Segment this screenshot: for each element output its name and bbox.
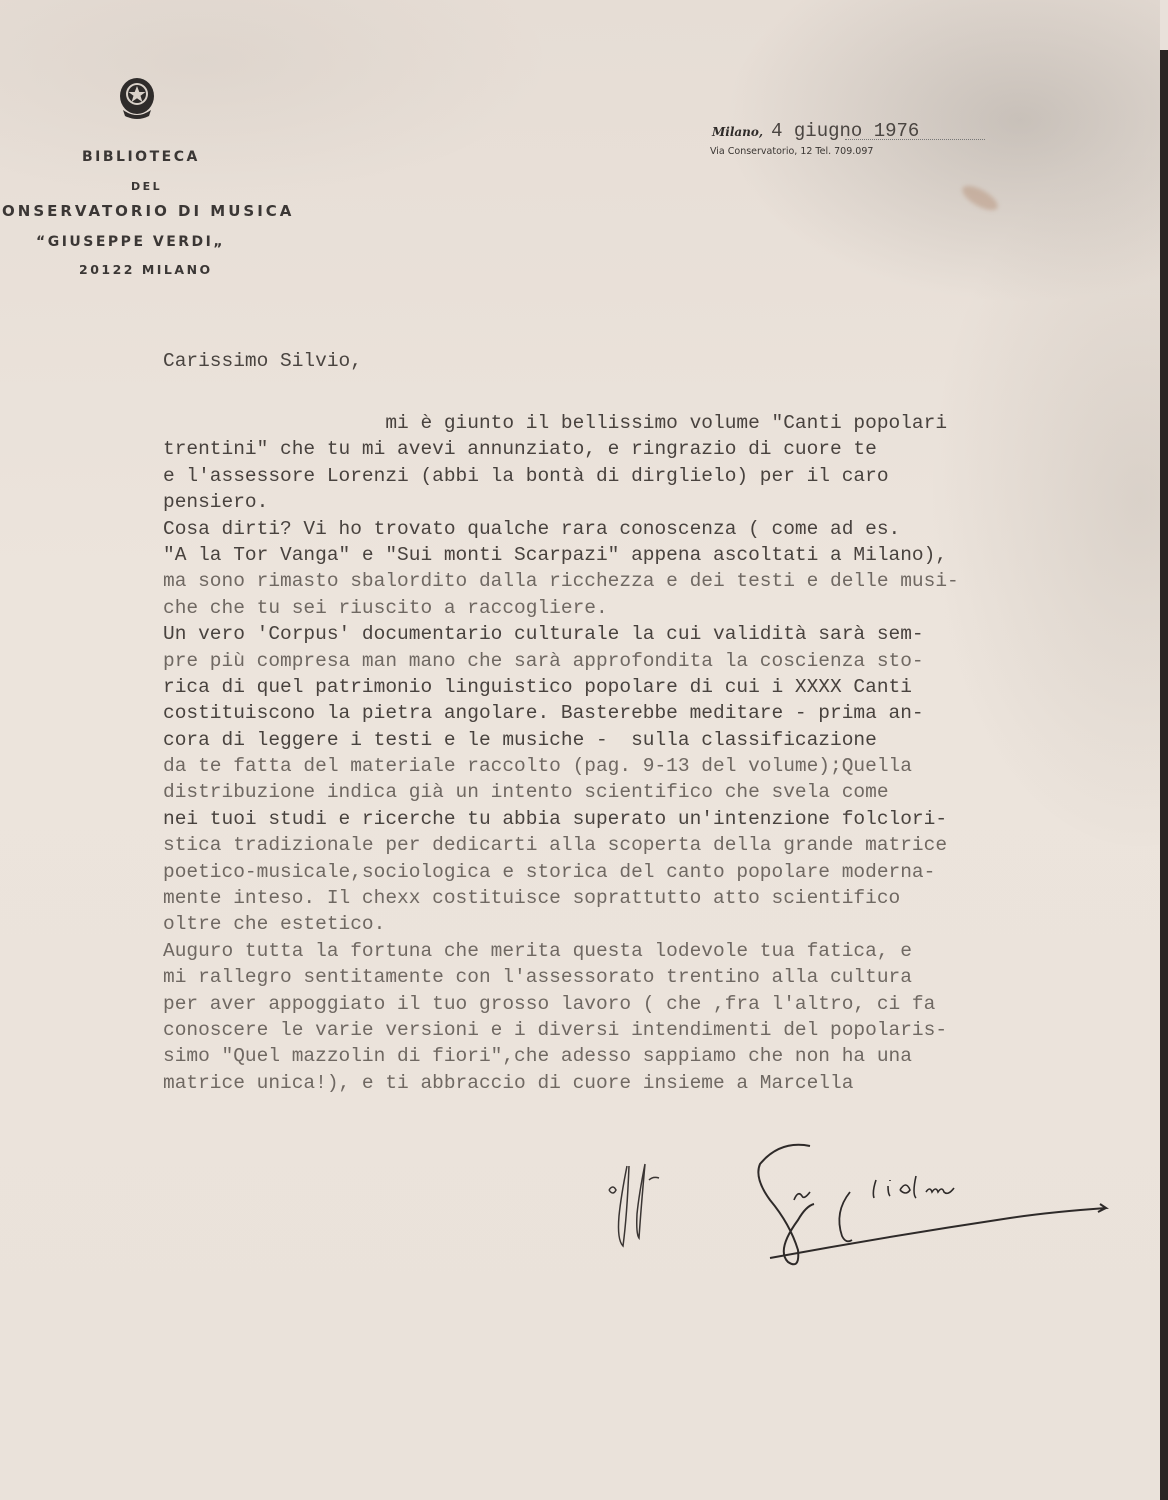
body-line: Cosa dirti? Vi ho trovato qualche rara c… [163,518,959,544]
body-line: ma sono rimasto sbalordito dalla ricchez… [163,570,959,596]
body-line: matrice unica!), e ti abbraccio di cuore… [163,1072,959,1098]
body-line: Un vero 'Corpus' documentario culturale … [163,623,959,649]
body-line: stica tradizionale per dedicarti alla sc… [163,834,959,860]
signature: Guglielmo [750,1140,1130,1270]
place-label: Milano, [712,125,763,139]
body-line: costituiscono la pietra angolare. Baster… [163,702,959,728]
body-line: rica di quel patrimonio linguistico popo… [163,676,959,702]
body-line: mente inteso. Il chexx costituisce sopra… [163,887,959,913]
body-line: mi rallegro sentitamente con l'assessora… [163,966,959,992]
letterhead-line: 20122 MILANO [79,263,213,277]
letterhead-address: Via Conservatorio, 12 Tel. 709.097 [710,146,873,157]
body-line: nei tuoi studi e ricerche tu abbia super… [163,808,959,834]
body-line: da te fatta del materiale raccolto (pag.… [163,755,959,781]
body-line: che che tu sei riuscito a raccogliere. [163,597,959,623]
body-line: Auguro tutta la fortuna che merita quest… [163,940,959,966]
letterhead-line: BIBLIOTECA [82,150,200,164]
body-line: mi è giunto il bellissimo volume "Canti … [163,412,959,438]
body-line: pensiero. [163,491,959,517]
body-line: pre più compresa man mano che sarà appro… [163,650,959,676]
letterhead-line: CONSERVATORIO DI MUSICA [0,204,294,218]
letter-body: mi è giunto il bellissimo volume "Canti … [163,412,959,1098]
body-line: oltre che estetico. [163,913,959,939]
body-line: poetico-musicale,sociologica e storica d… [163,861,959,887]
handwritten-valediction: aff.mo [605,1160,675,1260]
body-line: e l'assessore Lorenzi (abbi la bontà di … [163,465,959,491]
body-line: cora di leggere i testi e le musiche - s… [163,729,959,755]
body-line: simo "Quel mazzolin di fiori",che adesso… [163,1045,959,1071]
body-line: conoscere le varie versioni e i diversi … [163,1019,959,1045]
letterhead-line: DEL [131,180,162,194]
letterhead-line: “GIUSEPPE VERDI„ [36,235,225,249]
italian-republic-emblem-icon [117,74,157,120]
salutation: Carissimo Silvio, [163,350,362,372]
body-line: distribuzione indica già un intento scie… [163,781,959,807]
body-line: per aver appoggiato il tuo grosso lavoro… [163,993,959,1019]
scan-edge [1160,50,1168,1500]
body-line: "A la Tor Vanga" e "Sui monti Scarpazi" … [163,544,959,570]
date-dotted-rule [845,139,985,140]
body-line: trentini" che tu mi avevi annunziato, e … [163,438,959,464]
